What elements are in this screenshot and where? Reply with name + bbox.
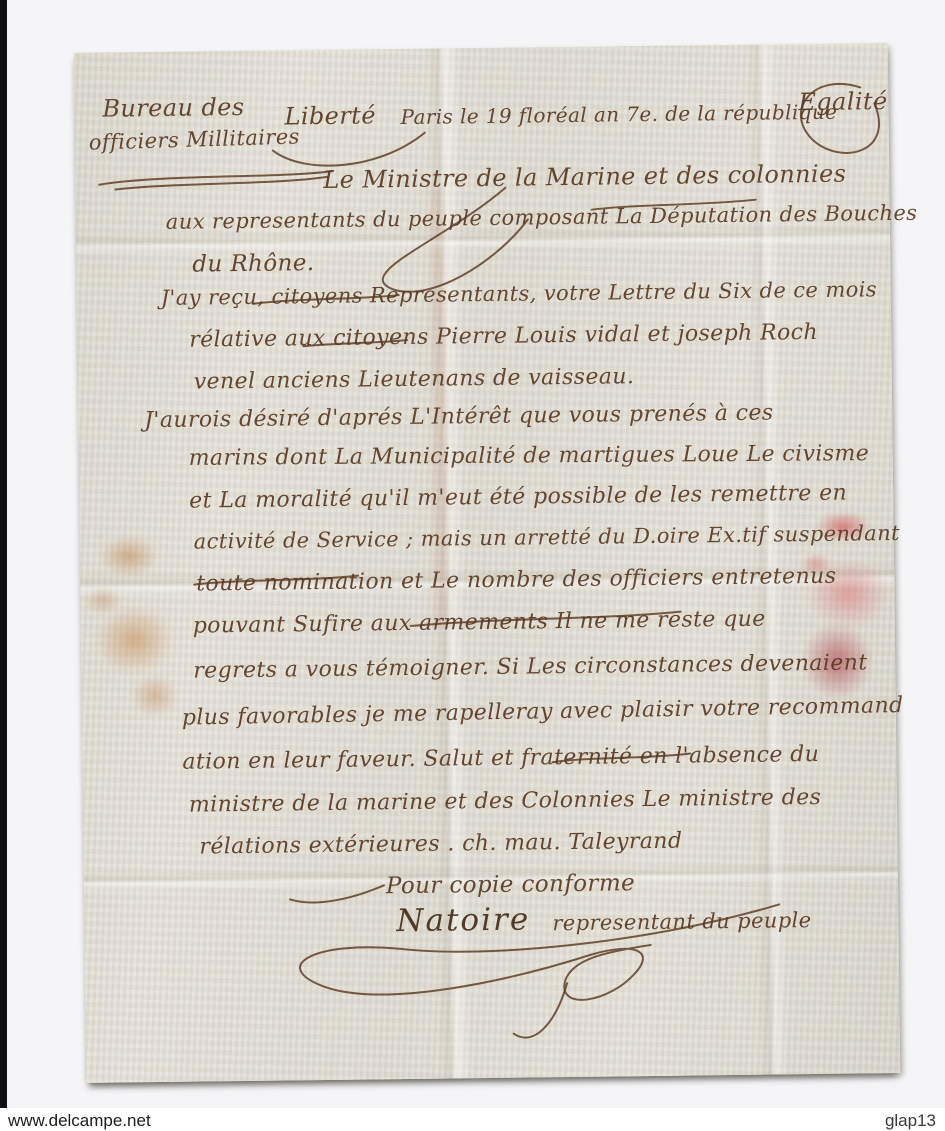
body-line: J'aurois désiré d'aprés L'Intérêt que vo… — [144, 400, 774, 433]
body-line: marins dont La Municipalité de martigues… — [189, 441, 870, 471]
underline-flourish — [115, 177, 327, 190]
salutation-line: Le Ministre de la Marine et des colonnie… — [323, 160, 846, 194]
body-line: regrets a vous témoigner. Si Les circons… — [193, 650, 868, 683]
watermark-seller: glap13 — [885, 1111, 936, 1131]
body-line: rélations extérieures . ch. mau. Taleyra… — [199, 829, 682, 860]
salutation-swash — [382, 187, 529, 292]
signature-flourish — [513, 983, 568, 1038]
scanned-letter-photo: Bureau des officiers Millitaires Liberté… — [0, 0, 945, 1131]
scan-edge-strip — [0, 0, 7, 1111]
ink-stain — [66, 523, 208, 725]
scan-background: Bureau des officiers Millitaires Liberté… — [0, 0, 945, 1110]
body-line: toute nomination et Le nombre des offici… — [196, 564, 836, 597]
letter-paper: Bureau des officiers Millitaires Liberté… — [74, 43, 901, 1083]
body-line: ation en leur faveur. Salut et fraternit… — [182, 742, 819, 775]
motto-egalite: Egalité — [798, 87, 888, 116]
department-note-line: officiers Millitaires — [88, 124, 300, 154]
closing-line: Pour copie conforme — [386, 870, 635, 899]
watermark-url: www.delcampe.net — [8, 1111, 151, 1131]
body-line: rélative aux citoyens Pierre Louis vidal… — [189, 320, 818, 353]
signature: Natoire — [396, 902, 530, 940]
salutation-line: aux representants du peuple composant La… — [166, 201, 918, 234]
signature-title: representant du peuple — [552, 908, 811, 935]
body-line: ministre de la marine et des Colonnies L… — [189, 785, 822, 818]
body-line: venel anciens Lieutenans de vaisseau. — [194, 364, 635, 394]
body-line: et La moralité qu'il m'eut été possible … — [189, 481, 847, 514]
body-line: activité de Service ; mais un arretté du… — [194, 521, 900, 554]
body-line: plus favorables je me rapelleray avec pl… — [182, 693, 904, 731]
underline-flourish — [99, 171, 333, 185]
dateline: Paris le 19 floréal an 7e. de la républi… — [400, 100, 837, 129]
body-line: J'ay reçu, citoyens Representants, votre… — [161, 277, 878, 310]
closing-swash — [290, 885, 384, 902]
department-note-line: Bureau des — [102, 93, 244, 123]
salutation-line: du Rhône. — [192, 250, 314, 277]
body-line: pouvant Sufire aux armements Il ne me re… — [193, 607, 766, 639]
motto-liberte: Liberté — [284, 101, 376, 130]
